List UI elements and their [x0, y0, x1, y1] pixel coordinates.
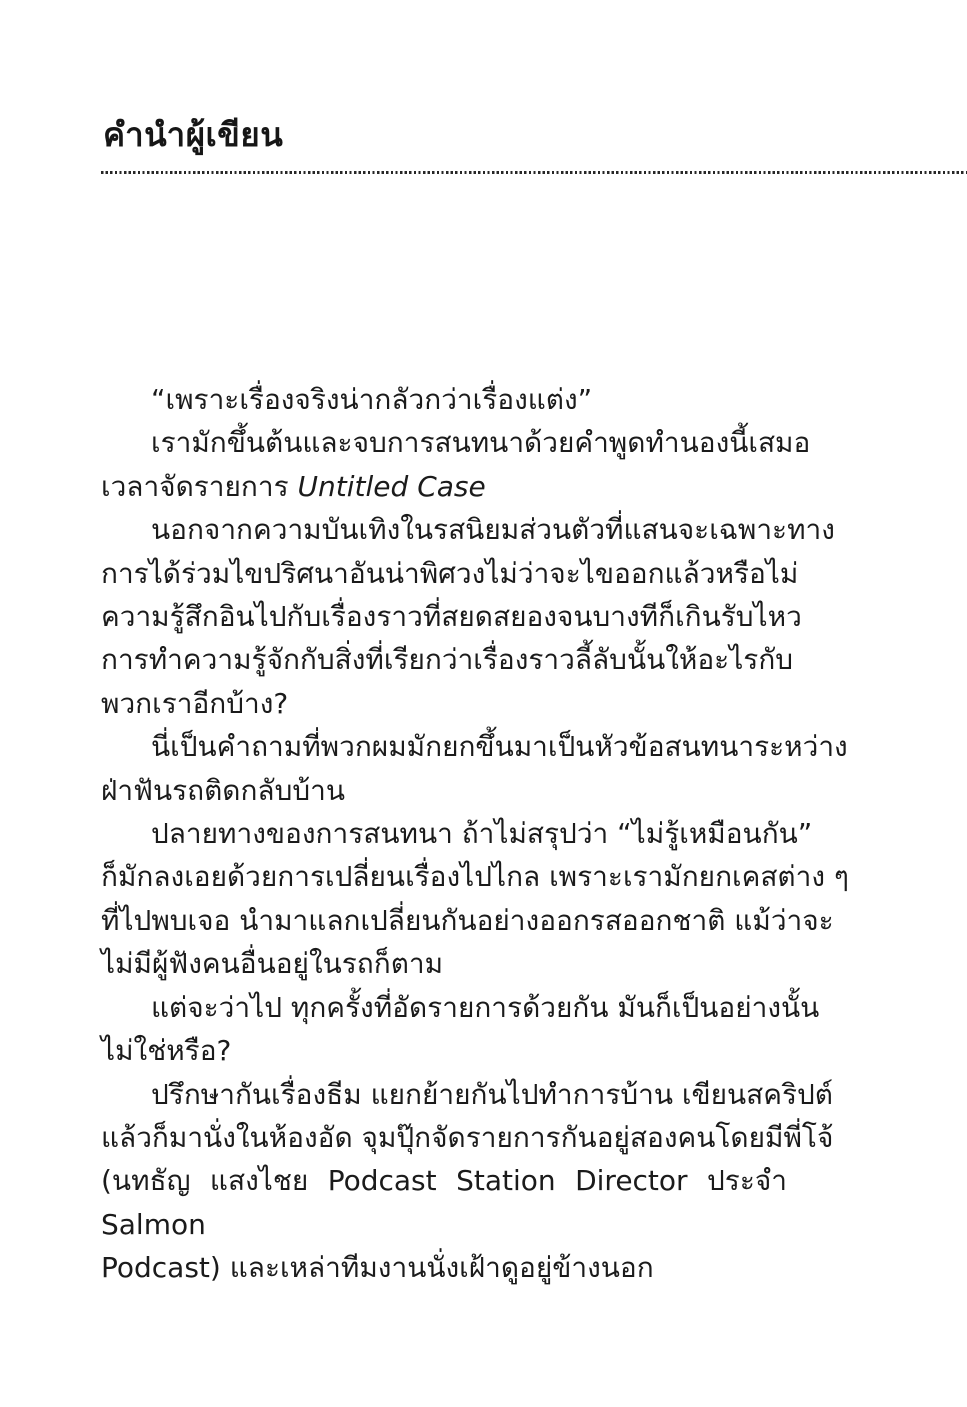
- text-line: แต่จะว่าไป ทุกครั้งที่อัดรายการด้วยกัน ม…: [101, 986, 787, 1029]
- line-text: ปรึกษากันเรื่องธีม แยกย้ายกันไปทำการบ้าน…: [151, 1078, 833, 1111]
- line-text: การทำความรู้จักกับสิ่งที่เรียกว่าเรื่องร…: [101, 643, 793, 676]
- text-line: การได้ร่วมไขปริศนาอันน่าพิศวงไม่ว่าจะไขอ…: [101, 552, 787, 595]
- line-text: พวกเราอีกบ้าง?: [101, 687, 288, 720]
- line-text: แต่จะว่าไป ทุกครั้งที่อัดรายการด้วยกัน ม…: [151, 991, 819, 1024]
- line-text: Podcast) และเหล่าทีมงานนั่งเฝ้าดูอยู่ข้า…: [101, 1251, 654, 1284]
- text-line: ฝ่าฟันรถติดกลับบ้าน: [101, 769, 787, 812]
- line-text: ความรู้สึกอินไปกับเรื่องราวที่สยดสยองจนบ…: [101, 600, 802, 633]
- text-line: การทำความรู้จักกับสิ่งที่เรียกว่าเรื่องร…: [101, 638, 787, 681]
- text-line: เรามักขึ้นต้นและจบการสนทนาด้วยคำพูดทำนอง…: [101, 421, 787, 464]
- line-text: ไม่มีผู้ฟังคนอื่นอยู่ในรถก็ตาม: [101, 947, 443, 980]
- page-title: คำนำผู้เขียน: [103, 108, 283, 161]
- line-text: เรามักขึ้นต้นและจบการสนทนาด้วยคำพูดทำนอง…: [151, 426, 810, 459]
- text-line: “เพราะเรื่องจริงน่ากลัวกว่าเรื่องแต่ง”: [101, 378, 787, 421]
- body-text: “เพราะเรื่องจริงน่ากลัวกว่าเรื่องแต่ง”เร…: [101, 378, 787, 1290]
- text-line: พวกเราอีกบ้าง?: [101, 682, 787, 725]
- line-text: (นทธัญ แสงไชย Podcast Station Director ป…: [101, 1164, 787, 1240]
- text-line: ปรึกษากันเรื่องธีม แยกย้ายกันไปทำการบ้าน…: [101, 1073, 787, 1116]
- text-line: ปลายทางของการสนทนา ถ้าไม่สรุปว่า “ไม่รู้…: [101, 812, 787, 855]
- text-line: นอกจากความบันเทิงในรสนิยมส่วนตัวที่แสนจะ…: [101, 508, 787, 551]
- line-text: การได้ร่วมไขปริศนาอันน่าพิศวงไม่ว่าจะไขอ…: [101, 557, 798, 590]
- text-line: ก็มักลงเอยด้วยการเปลี่ยนเรื่องไปไกล เพรา…: [101, 855, 787, 898]
- line-text: เวลาจัดรายการ: [101, 470, 298, 503]
- text-line: ความรู้สึกอินไปกับเรื่องราวที่สยดสยองจนบ…: [101, 595, 787, 638]
- text-line: ที่ไปพบเจอ นำมาแลกเปลี่ยนกันอย่างออกรสออ…: [101, 899, 787, 942]
- latin-italic-text: Untitled Case: [298, 470, 486, 503]
- text-line: Podcast) และเหล่าทีมงานนั่งเฝ้าดูอยู่ข้า…: [101, 1246, 787, 1289]
- line-text: นี่เป็นคำถามที่พวกผมมักยกขึ้นมาเป็นหัวข้…: [151, 730, 848, 763]
- text-line: เวลาจัดรายการ Untitled Case: [101, 465, 787, 508]
- line-text: ก็มักลงเอยด้วยการเปลี่ยนเรื่องไปไกล เพรา…: [101, 860, 849, 893]
- text-line: (นทธัญ แสงไชย Podcast Station Director ป…: [101, 1159, 787, 1246]
- line-text: ปลายทางของการสนทนา ถ้าไม่สรุปว่า “ไม่รู้…: [151, 817, 812, 850]
- book-page: คำนำผู้เขียน “เพราะเรื่องจริงน่ากลัวกว่า…: [0, 0, 967, 1407]
- line-text: ที่ไปพบเจอ นำมาแลกเปลี่ยนกันอย่างออกรสออ…: [101, 904, 834, 937]
- text-line: แล้วก็มานั่งในห้องอัด จุมปุ๊กจัดรายการกั…: [101, 1116, 787, 1159]
- line-text: “เพราะเรื่องจริงน่ากลัวกว่าเรื่องแต่ง”: [151, 383, 592, 416]
- line-text: ไม่ใช่หรือ?: [101, 1034, 231, 1067]
- line-text: แล้วก็มานั่งในห้องอัด จุมปุ๊กจัดรายการกั…: [101, 1121, 833, 1154]
- text-line: ไม่ใช่หรือ?: [101, 1029, 787, 1072]
- text-line: ไม่มีผู้ฟังคนอื่นอยู่ในรถก็ตาม: [101, 942, 787, 985]
- dotted-divider: [101, 171, 967, 174]
- text-line: นี่เป็นคำถามที่พวกผมมักยกขึ้นมาเป็นหัวข้…: [101, 725, 787, 768]
- line-text: นอกจากความบันเทิงในรสนิยมส่วนตัวที่แสนจะ…: [151, 513, 835, 546]
- line-text: ฝ่าฟันรถติดกลับบ้าน: [101, 774, 345, 807]
